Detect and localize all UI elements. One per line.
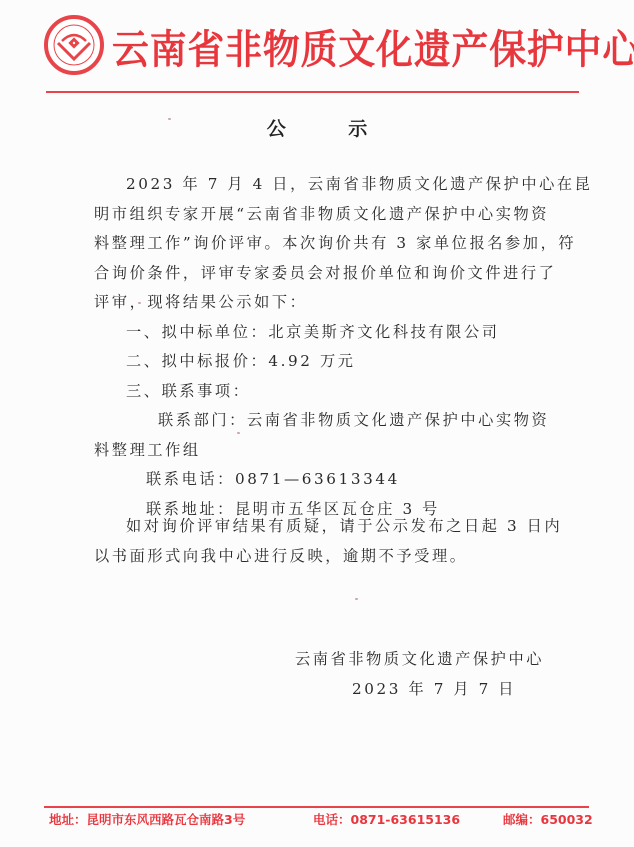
item-winning-price: 二、拟中标报价：4.92 万元 <box>94 347 524 377</box>
document-title: 公 示 <box>0 114 634 141</box>
scan-artifact <box>237 432 240 434</box>
footer-postcode: 邮编：650032 <box>503 810 593 828</box>
contact-value: 云南省非物质文化遗产保护中心实物资 <box>247 411 549 429</box>
contact-department-cont: 料整理工作组 <box>94 436 524 466</box>
org-name-heading: 云南省非物质文化遗产保护中心 <box>112 24 634 76</box>
document-body: 2023 年 7 月 4 日，云南省非物质文化遗产保护中心在昆 明市组织专家开展… <box>94 170 524 524</box>
contact-department: 联系部门：云南省非物质文化遗产保护中心实物资 <box>94 406 524 436</box>
contact-label: 联系电话： <box>146 470 235 488</box>
scan-artifact <box>168 118 171 120</box>
footer-divider <box>44 806 589 808</box>
item-label: 三、联系事项： <box>126 382 251 400</box>
objection-paragraph: 如对询价评审结果有质疑，请于公示发布之日起 3 日内 以书面形式向我中心进行反映… <box>94 512 524 571</box>
item-label: 二、拟中标报价： <box>126 352 268 370</box>
header-divider <box>46 91 579 93</box>
letterhead: 云南省非物质文化遗产保护中心 <box>0 0 634 100</box>
paragraph-line: 以书面形式向我中心进行反映，逾期不予受理。 <box>94 542 524 572</box>
item-value: 北京美斯齐文化科技有限公司 <box>268 323 499 341</box>
paragraph-line: 合询价条件，评审专家委员会对报价单位和询价文件进行了 <box>94 259 524 289</box>
footer-address: 地址：昆明市东风西路瓦仓南路3号 <box>49 810 245 828</box>
signature-org: 云南省非物质文化遗产保护中心 <box>295 648 544 669</box>
paragraph-line: 评审，现将结果公示如下： <box>94 288 524 318</box>
paragraph-line: 2023 年 7 月 4 日，云南省非物质文化遗产保护中心在昆 <box>94 170 524 200</box>
paragraph-line: 料整理工作”询价评审。本次询价共有 3 家单位报名参加，符 <box>94 229 524 259</box>
paragraph-line: 明市组织专家开展“云南省非物质文化遗产保护中心实物资 <box>94 200 524 230</box>
item-label: 一、拟中标单位： <box>126 323 268 341</box>
item-value: 4.92 万元 <box>268 352 355 370</box>
signature-date: 2023 年 7 月 7 日 <box>352 678 516 699</box>
footer-phone: 电话：0871-63615136 <box>313 810 460 828</box>
item-contact-matters: 三、联系事项： <box>94 377 524 407</box>
paragraph-line: 如对询价评审结果有质疑，请于公示发布之日起 3 日内 <box>94 512 524 542</box>
ich-center-emblem-icon <box>44 15 104 75</box>
contact-label: 联系部门： <box>158 411 247 429</box>
item-winning-bidder: 一、拟中标单位：北京美斯齐文化科技有限公司 <box>94 318 524 348</box>
scan-artifact <box>138 302 141 304</box>
contact-value: 0871—63613344 <box>235 470 400 488</box>
scan-artifact <box>355 598 358 600</box>
contact-phone: 联系电话：0871—63613344 <box>94 465 524 495</box>
